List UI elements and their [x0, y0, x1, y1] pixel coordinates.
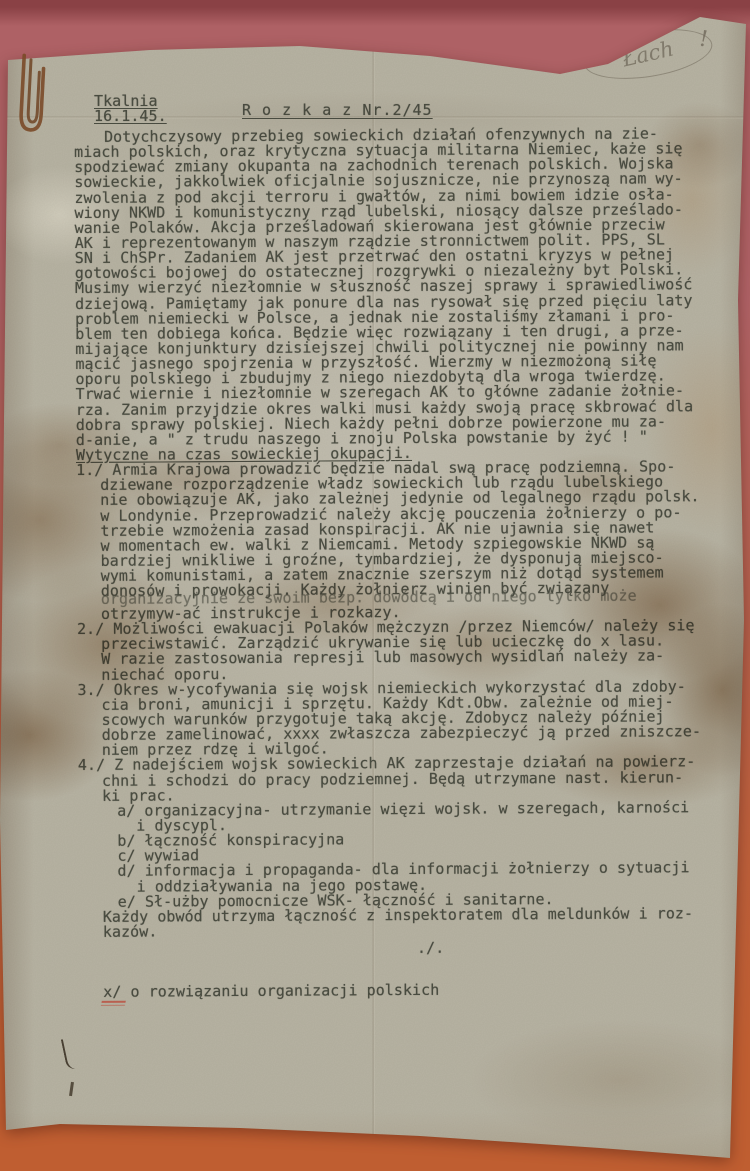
paper-grain-texture — [0, 0, 750, 1171]
pencil-annotation-text: Łach — [620, 36, 676, 71]
paperclip-icon — [12, 51, 55, 145]
document-paper: Tkalnia 16.1.45. R o z k a z Nr.2/45 Dot… — [0, 0, 750, 1171]
document-paper-wrap: Tkalnia 16.1.45. R o z k a z Nr.2/45 Dot… — [0, 0, 750, 1171]
photo-scene: Tkalnia 16.1.45. R o z k a z Nr.2/45 Dot… — [0, 0, 750, 1171]
